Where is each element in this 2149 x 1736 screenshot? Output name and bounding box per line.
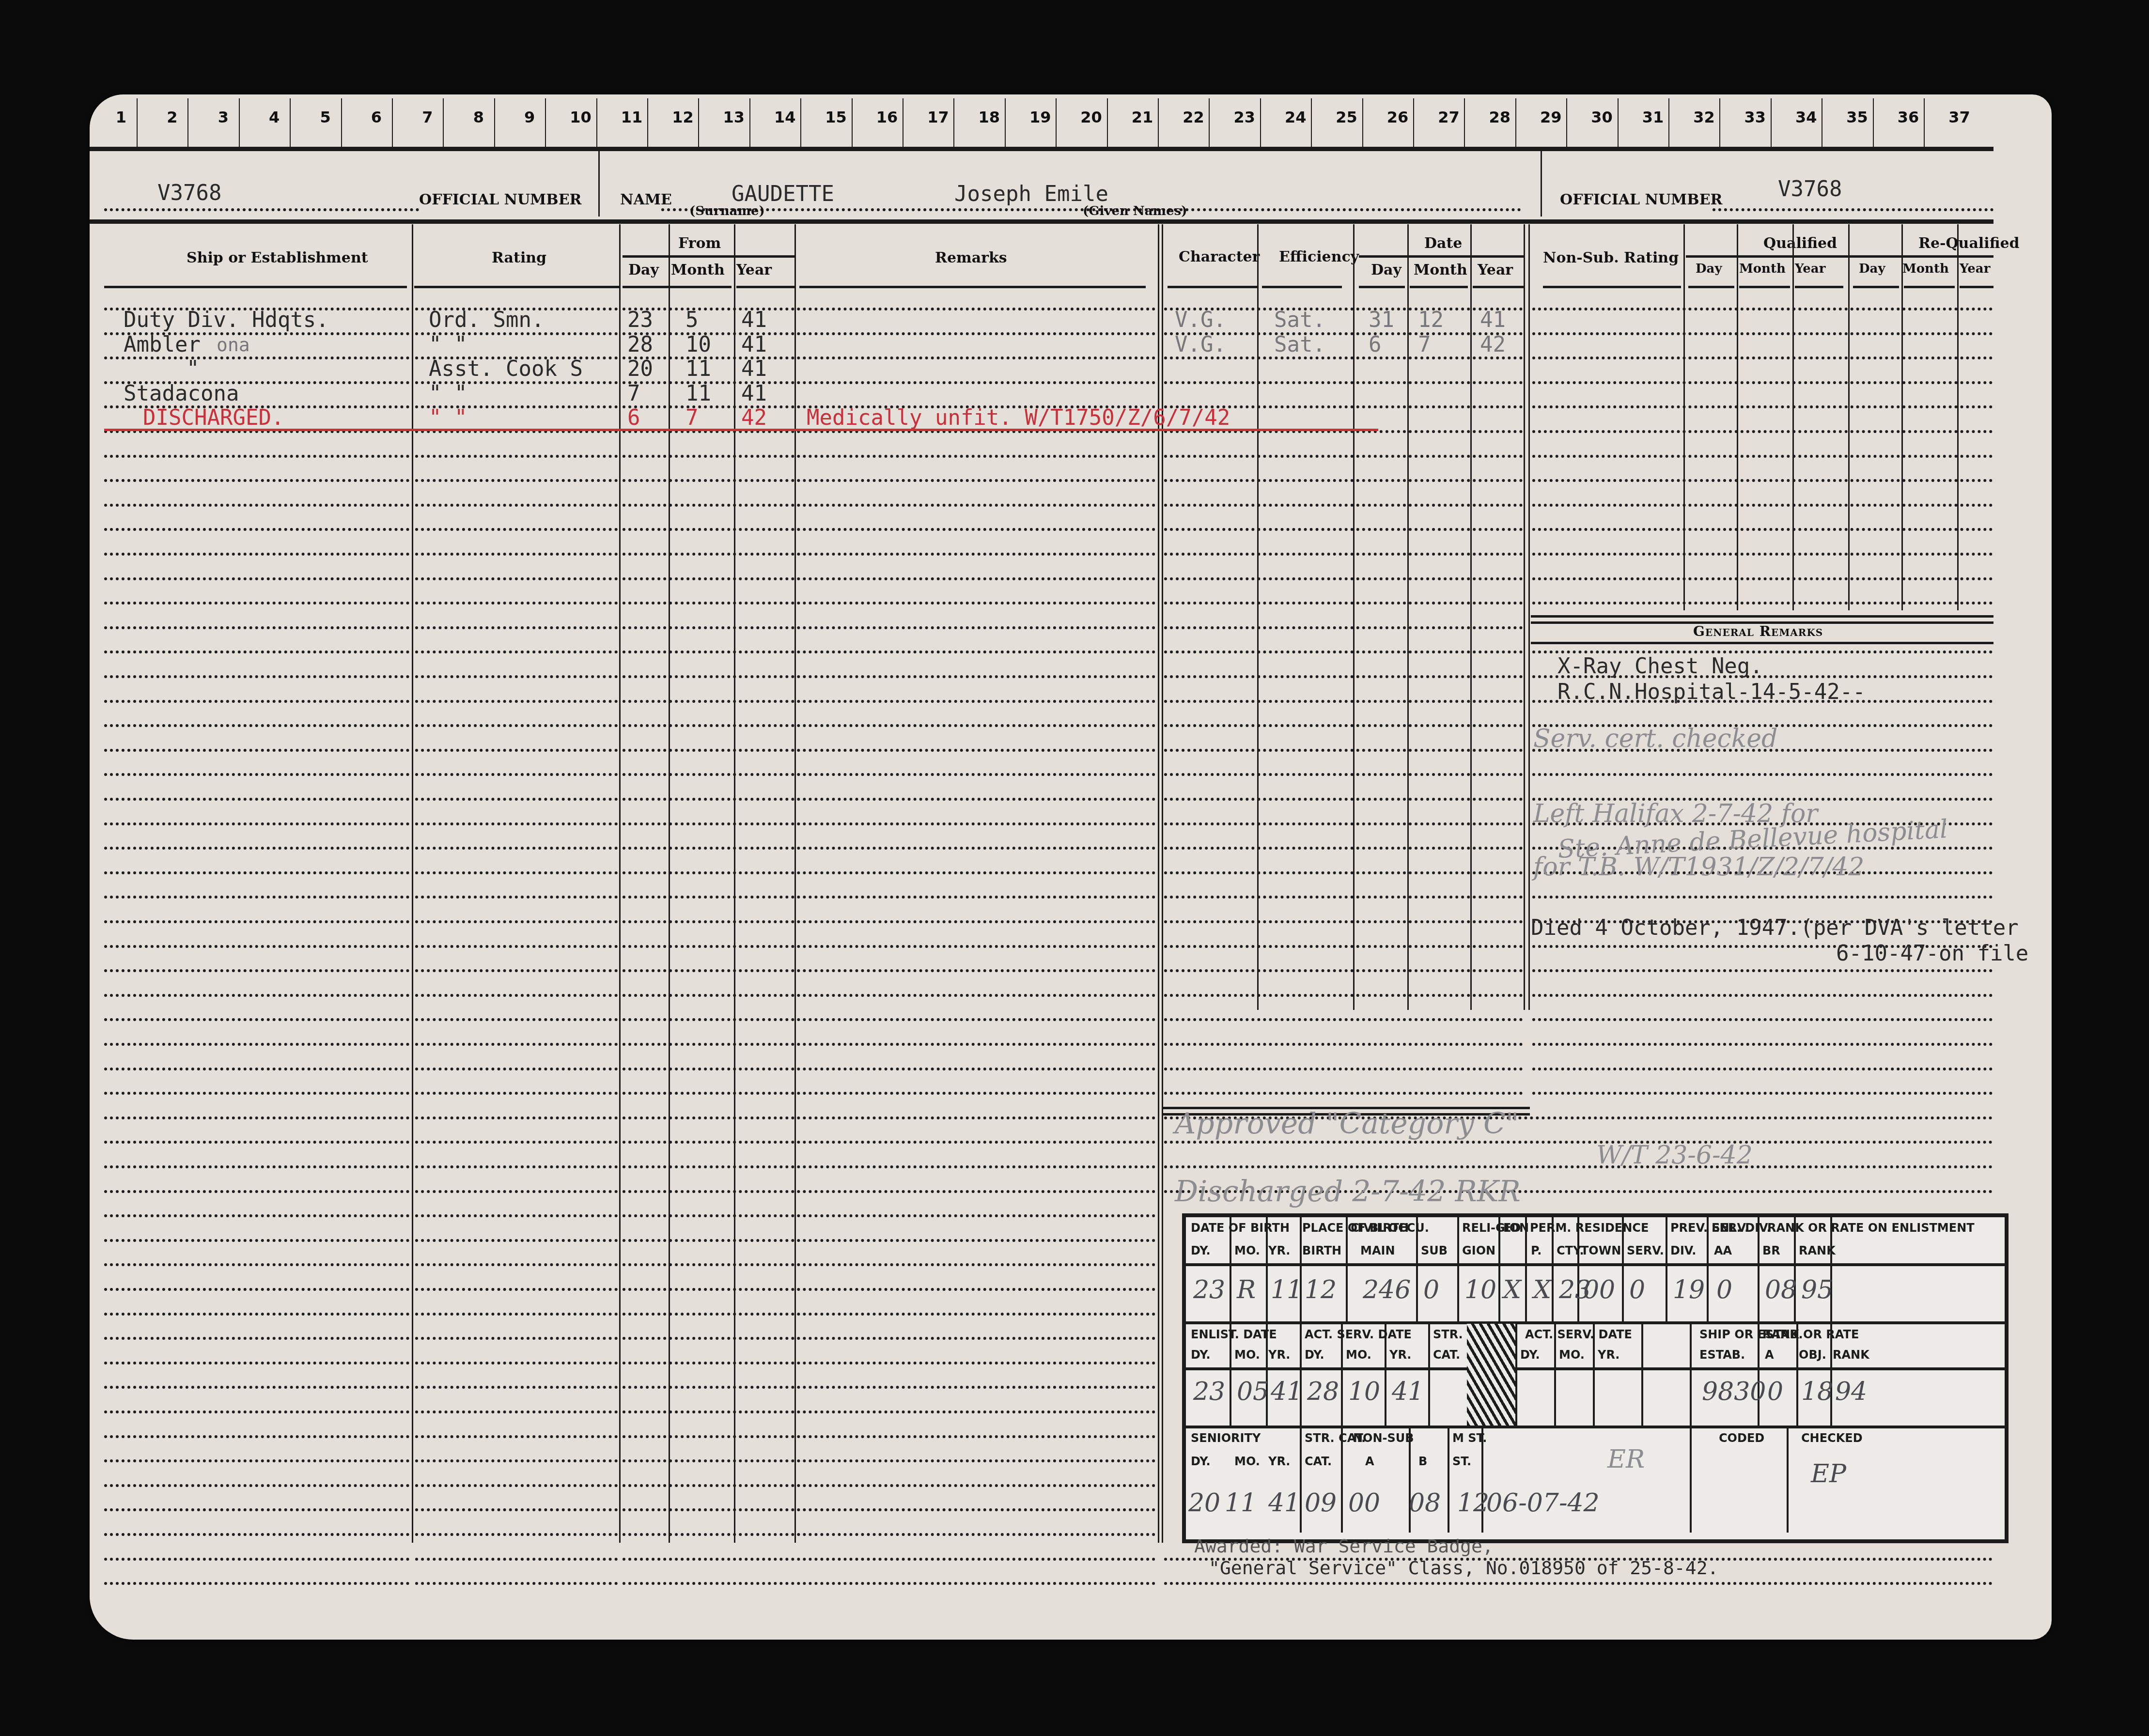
rule: [415, 896, 618, 899]
cell-from-year: 41: [741, 308, 767, 332]
col-from-day: Day: [628, 262, 659, 279]
divider: [1924, 98, 1925, 147]
rule: [623, 1484, 1155, 1487]
rule: [1164, 773, 1523, 776]
rule: [1532, 994, 1993, 997]
rule: [1164, 528, 1523, 531]
rule: [1531, 642, 1993, 644]
rule: [415, 455, 618, 458]
rule: [1532, 577, 1993, 580]
rule: [415, 1288, 618, 1291]
stamp-divider: [1515, 1324, 1517, 1426]
divider: [698, 98, 699, 147]
divider: [494, 98, 495, 147]
rule: [104, 504, 409, 507]
cell-ship-overtyped: ona: [217, 334, 250, 356]
column-number: 23: [1232, 108, 1257, 126]
rule: [623, 553, 1155, 556]
cell-from-day: 20: [627, 356, 653, 381]
rule: [1532, 1068, 1993, 1070]
stamp-header: STR.: [1433, 1328, 1463, 1341]
stamp-divider: [1641, 1324, 1643, 1426]
rule: [104, 675, 409, 678]
stamp-header: ENL. DIV.: [1712, 1221, 1771, 1235]
divider: [290, 98, 291, 147]
divider: [1107, 98, 1108, 147]
rule: [623, 602, 1155, 604]
rule: [1531, 615, 1993, 618]
rule: [1164, 749, 1523, 752]
col-qualified: Qualified: [1763, 235, 1837, 252]
stamp-subheader: SUB: [1421, 1244, 1448, 1257]
column-number: 8: [467, 108, 491, 126]
rule: [1164, 798, 1523, 801]
stamp-value: 95: [1801, 1275, 1833, 1304]
rule: [623, 773, 1155, 776]
handwritten-remark: for T.B. W/T1931/Z/2/7/42: [1533, 852, 1864, 882]
rule: [1795, 286, 1843, 288]
rule: [104, 1239, 409, 1242]
rule: [415, 773, 618, 776]
rule: [415, 1214, 618, 1217]
col-ship: Ship or Establishment: [187, 249, 368, 266]
rule: [415, 1435, 618, 1438]
column-divider: [794, 224, 796, 1543]
rule: [1164, 602, 1523, 604]
stamp-value: X: [1503, 1275, 1521, 1304]
stamp-header: CODED: [1719, 1431, 1764, 1445]
rule: [623, 626, 1155, 629]
rule: [104, 577, 409, 580]
rule: [1262, 286, 1342, 288]
cell-efficiency: Sat.: [1274, 332, 1325, 357]
column-number: 31: [1641, 108, 1665, 126]
service-record-card: 1234567891011121314151617181920212223242…: [90, 94, 2052, 1640]
divider: [341, 98, 342, 147]
rule: [104, 1165, 409, 1168]
column-number: 26: [1386, 108, 1410, 126]
rule: [104, 1092, 409, 1095]
rule: [104, 553, 409, 556]
column-divider: [1528, 224, 1530, 1010]
rule: [415, 1190, 618, 1193]
cell-character: V.G.: [1175, 308, 1226, 332]
column-divider: [669, 224, 670, 1543]
rule: [1904, 286, 1955, 288]
column-number: 12: [670, 108, 695, 126]
column-divider: [1470, 224, 1472, 1010]
rule: [414, 286, 620, 288]
divider: [903, 98, 903, 147]
col-from-month: Month: [671, 262, 725, 279]
official-number-label: OFFICIAL NUMBER: [419, 191, 581, 208]
stamp-divider: [1690, 1428, 1692, 1533]
rule: [623, 749, 1155, 752]
stamp-value: 0: [1629, 1275, 1645, 1304]
rule: [415, 945, 618, 948]
rule: [1164, 504, 1523, 507]
rule: [623, 1558, 1155, 1561]
rule: [104, 700, 409, 703]
stamp-divider: [1457, 1217, 1459, 1321]
cell-from-month: 10: [685, 332, 711, 357]
stamp-header: CIVIL OCCU.: [1351, 1221, 1429, 1235]
rule: [1164, 945, 1523, 948]
stamp-header: NON-SUB: [1353, 1431, 1414, 1445]
cell-ship-name: Ambler: [124, 332, 201, 357]
cell-rating: Asst. Cook S: [429, 356, 583, 381]
stamp-value: 23: [1193, 1377, 1225, 1406]
stamp-divider: [1300, 1217, 1302, 1321]
stamp-value: 00: [1583, 1275, 1615, 1304]
cell-character: V.G.: [1175, 332, 1226, 357]
rule: [623, 1582, 1155, 1585]
stamp-subheader: ESTAB.: [1699, 1348, 1745, 1362]
rule: [623, 724, 1155, 727]
stamp-rule: [1186, 1321, 2005, 1324]
stamp-subheader: RANK: [1799, 1244, 1836, 1257]
cell-remarks: Medically unfit. W/T1750/Z/6/7/42: [807, 405, 1230, 430]
surname-value: GAUDETTE: [732, 182, 834, 206]
divider: [239, 98, 240, 147]
column-number: 4: [262, 108, 286, 126]
rule: [104, 626, 409, 629]
cell-ship-name: DISCHARGED.: [143, 405, 284, 430]
rule: [415, 1239, 618, 1242]
stamp-divider: [1448, 1428, 1449, 1533]
rule: [1532, 455, 1993, 458]
rule: [104, 798, 409, 801]
column-divider: [734, 224, 735, 1543]
stamp-subheader: YR.: [1389, 1348, 1411, 1362]
rule: [415, 1533, 618, 1536]
rule: [104, 1533, 409, 1536]
rule: [415, 651, 618, 653]
checked-initials: EP: [1811, 1459, 1846, 1488]
rule: [1164, 969, 1523, 972]
stamp-value: 246: [1363, 1275, 1411, 1304]
divider: [1618, 98, 1619, 147]
stamp-rule: [1186, 1263, 2005, 1266]
stamp-subheader: GION: [1462, 1244, 1495, 1257]
rule: [623, 920, 1155, 923]
stamp-subheader: MO.: [1234, 1348, 1260, 1362]
coded-initials: ER: [1607, 1445, 1645, 1474]
cell-date-day: 6: [1369, 332, 1382, 357]
header-rule: [90, 219, 1993, 224]
column-number: 1: [109, 108, 133, 126]
rule: [623, 1141, 1155, 1144]
divider: [1311, 98, 1312, 147]
column-number: 36: [1896, 108, 1920, 126]
death-note-line: 6-10-47-on file: [1836, 941, 2028, 966]
column-number: 24: [1283, 108, 1308, 126]
remark-line: R.C.N.Hospital-14-5-42--: [1557, 680, 1866, 704]
rule: [623, 1092, 1155, 1095]
cell-ship-name: Duty Div. Hdqts.: [124, 308, 329, 332]
rule: [623, 700, 1155, 703]
rule: [415, 1386, 618, 1389]
rule: [1164, 896, 1523, 899]
cell-ship-name: Stadacona: [124, 381, 239, 406]
rule: [104, 1410, 409, 1413]
rule: [1532, 1018, 1993, 1021]
rule: [1164, 1043, 1523, 1046]
rule: [104, 1116, 409, 1119]
rule: [736, 286, 794, 288]
rule: [1359, 286, 1405, 288]
right-official-number-label: OFFICIAL NUMBER: [1560, 191, 1722, 208]
rule: [104, 1558, 409, 1561]
stamp-subheader: YR.: [1598, 1348, 1620, 1362]
column-number: 37: [1947, 108, 1971, 126]
award-line: "General Service" Class, No.018950 of 25…: [1209, 1557, 1718, 1579]
coding-stamp: DATE OF BIRTHPLACE OF BIRTHCIVIL OCCU.RE…: [1182, 1213, 2009, 1543]
divider: [852, 98, 853, 147]
rule: [415, 994, 618, 997]
cell-date-year: 41: [1480, 308, 1506, 332]
column-number: 3: [211, 108, 235, 126]
rule: [1532, 773, 1993, 776]
stamp-divider: [1787, 1428, 1789, 1533]
rule: [415, 577, 618, 580]
award-line: Awarded: War Service Badge,: [1194, 1535, 1494, 1557]
cell-from-month: 7: [685, 405, 699, 430]
column-number: 25: [1335, 108, 1359, 126]
stamp-value: 09: [1305, 1488, 1337, 1518]
stamp-header: SENIORITY: [1191, 1431, 1261, 1445]
cell-rating: " ": [429, 381, 467, 406]
rule: [1164, 479, 1523, 482]
column-divider: [1407, 224, 1409, 1010]
stamp-subheader: YR.: [1268, 1244, 1290, 1257]
rule: [623, 896, 1155, 899]
rule: [623, 1337, 1155, 1340]
column-number: 21: [1130, 108, 1154, 126]
rule: [1686, 255, 1993, 258]
rule: [623, 1362, 1155, 1364]
col-remarks: Remarks: [935, 249, 1007, 266]
divider: [1566, 98, 1567, 147]
column-number: 27: [1436, 108, 1461, 126]
rule: [104, 1141, 409, 1144]
rule: [104, 1190, 409, 1193]
rule: [104, 1043, 409, 1046]
handwritten-note: W/T 23-6-42: [1596, 1141, 1753, 1170]
stamp-subheader: B: [1418, 1455, 1427, 1468]
rule: [104, 1288, 409, 1291]
divider: [545, 98, 546, 147]
cell-ship-name: ": [187, 356, 200, 381]
stamp-header: ENLIST. DATE: [1191, 1328, 1277, 1341]
stamp-hatch: [1467, 1324, 1515, 1426]
column-number: 33: [1743, 108, 1767, 126]
column-number: 20: [1079, 108, 1104, 126]
rule: [415, 1043, 618, 1046]
column-divider: [1524, 224, 1525, 1010]
stamp-header: ACT. SERV. DATE: [1305, 1328, 1412, 1341]
column-number: 13: [722, 108, 746, 126]
rule: [623, 1435, 1155, 1438]
rule: [415, 700, 618, 703]
rule: [104, 1386, 409, 1389]
official-number-value: V3768: [157, 181, 221, 205]
rule: [1164, 700, 1523, 703]
rule: [415, 920, 618, 923]
rule: [623, 286, 671, 288]
col-date: Date: [1424, 235, 1462, 252]
rule: [1164, 455, 1523, 458]
rule: [104, 1582, 409, 1585]
rule: [415, 1263, 618, 1266]
col-date-month: Month: [1414, 262, 1467, 279]
column-number: 16: [875, 108, 899, 126]
rule: [623, 1508, 1155, 1511]
stamp-value: 94: [1835, 1377, 1867, 1406]
handwritten-note: Approved "Category C": [1175, 1107, 1519, 1141]
rule: [1532, 308, 1993, 310]
rule: [415, 969, 618, 972]
stamp-subheader: OBJ.: [1799, 1348, 1826, 1362]
stamp-value: X: [1533, 1275, 1551, 1304]
rule: [623, 1018, 1155, 1021]
rule: [1532, 969, 1993, 972]
divider: [1056, 98, 1057, 147]
rule: [623, 528, 1155, 531]
given-names-value: Joseph Emile: [954, 182, 1108, 206]
stamp-value: 41: [1271, 1377, 1303, 1406]
rule: [623, 847, 1155, 850]
stamp-value: 18: [1801, 1377, 1833, 1406]
rule: [415, 1362, 618, 1364]
rule: [1164, 553, 1523, 556]
rule: [415, 798, 618, 801]
rule: [623, 504, 1155, 507]
rule: [671, 286, 732, 288]
rule: [415, 822, 618, 825]
stamp-subheader: DY.: [1191, 1348, 1211, 1362]
col-rating: Rating: [492, 249, 546, 266]
stamp-header: ACT. SERV. DATE: [1525, 1328, 1632, 1341]
rule: [1532, 651, 1993, 653]
rule: [104, 1435, 409, 1438]
rule: [104, 994, 409, 997]
rule: [104, 1263, 409, 1266]
divider: [1541, 149, 1542, 217]
cell-date-month: 12: [1418, 308, 1444, 332]
rule: [415, 1313, 618, 1316]
column-number: 5: [313, 108, 338, 126]
stamp-header: ED: [1503, 1221, 1521, 1235]
stamp-subheader: CTY.: [1557, 1244, 1584, 1257]
dots: [104, 208, 419, 211]
column-number: 9: [517, 108, 542, 126]
handwritten-note: Discharged 2-7-42 RKR: [1175, 1175, 1521, 1209]
rule: [623, 1190, 1155, 1193]
rule: [104, 1362, 409, 1364]
col-rq-year: Year: [1960, 262, 1990, 276]
cell-from-year: 41: [741, 332, 767, 357]
rule: [415, 749, 618, 752]
rule: [104, 724, 409, 727]
column-number: 29: [1539, 108, 1563, 126]
rule: [1532, 1043, 1993, 1046]
rule: [623, 651, 1155, 653]
stamp-value: 10: [1348, 1377, 1380, 1406]
cell-from-day: 7: [627, 381, 640, 406]
rule: [104, 356, 409, 359]
stamp-divider: [1666, 1217, 1667, 1321]
rule: [104, 847, 409, 850]
rule: [104, 528, 409, 531]
rule: [415, 675, 618, 678]
rule: [415, 1410, 618, 1413]
divider: [598, 149, 600, 217]
cell-date-month: 7: [1418, 332, 1431, 357]
rule: [623, 455, 1155, 458]
stamp-subheader: TOWN: [1581, 1244, 1621, 1257]
rule: [415, 847, 618, 850]
rule: [623, 969, 1155, 972]
stamp-value: 12: [1457, 1488, 1489, 1518]
stamp-subheader: DY.: [1520, 1348, 1540, 1362]
rule: [415, 553, 618, 556]
rule: [623, 675, 1155, 678]
rule: [623, 1386, 1155, 1389]
rule: [104, 1068, 409, 1070]
rule: [623, 994, 1155, 997]
stamp-value: 12: [1305, 1275, 1337, 1304]
rule: [104, 286, 407, 288]
stamp-subheader: MO.: [1346, 1348, 1371, 1362]
rule: [1532, 602, 1993, 604]
divider: [953, 98, 954, 147]
col-date-year: Year: [1478, 262, 1513, 279]
rule: [1532, 381, 1993, 384]
rule: [1164, 871, 1523, 874]
rule: [104, 1508, 409, 1511]
stamp-subheader: CAT.: [1305, 1455, 1332, 1468]
rule: [104, 1018, 409, 1021]
stamp-subheader: MO.: [1234, 1244, 1260, 1257]
column-number: 14: [773, 108, 797, 126]
column-number: 15: [824, 108, 848, 126]
discharge-red-underline: [104, 429, 1378, 431]
general-remarks-title: General Remarks: [1693, 623, 1823, 639]
rule: [1532, 430, 1993, 433]
cell-from-month: 5: [685, 308, 699, 332]
col-date-day: Day: [1371, 262, 1402, 279]
rule: [104, 969, 409, 972]
rule: [104, 773, 409, 776]
column-number: 28: [1488, 108, 1512, 126]
rule: [415, 871, 618, 874]
rule: [1960, 286, 1993, 288]
rule: [1532, 528, 1993, 531]
rule: [1164, 577, 1523, 580]
rule: [104, 455, 409, 458]
stamp-value: 9830: [1702, 1377, 1766, 1406]
rule: [623, 1459, 1155, 1462]
divider: [647, 98, 648, 147]
right-official-number-value: V3768: [1778, 177, 1842, 201]
stamp-value: 08: [1765, 1275, 1797, 1304]
death-note-line: Died 4 October, 1947.(per DVA's letter: [1531, 915, 2019, 940]
divider: [1464, 98, 1465, 147]
surname-caption: (Surname): [689, 204, 765, 218]
stamp-subheader: SERV.: [1627, 1244, 1664, 1257]
rule: [415, 1068, 618, 1070]
